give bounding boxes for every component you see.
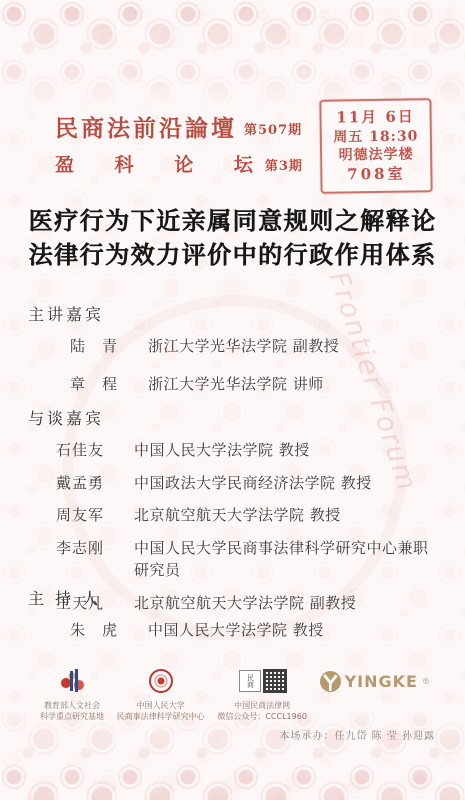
discussant-row: 李志刚 中国人民大学民商事法律科学研究中心兼职研究员 [56,537,438,582]
ruc-center-caption-line1: 中国人民大学 [117,701,205,712]
discussant-affiliation: 中国人民大学民商事法律科学研究中心兼职研究员 [134,537,434,582]
organizer-credit: 本场承办：任九岱 陈 莹 孙迎露 [279,727,435,742]
yingke-leaf-icon [320,671,341,692]
registered-trademark-icon: ® [422,677,430,686]
edu-base-caption-line1: 教育部人文社会 [40,701,104,712]
discussant-name: 李志刚 [56,537,118,560]
lecture-title-line1: 医疗行为下近亲属同意规则之解释论 [0,204,465,238]
moderator-row: 朱 虎 中国人民大学法学院 教授 [70,619,438,642]
moderator-section: 主 持 人 朱 虎 中国人民大学法学院 教授 [28,586,438,652]
discussant-row: 戴孟勇 中国政法大学民商经济法学院 教授 [56,472,438,495]
header: 民商法前沿論壇第507期 盈 科 论 坛第3期 [55,110,303,177]
qr-code-icon [264,670,286,692]
stamp-time: 周五 18:30 [326,127,426,147]
discussant-name: 戴孟勇 [56,472,118,495]
sub-forum-issue: 第3期 [265,159,303,174]
speakers-heading: 主讲嘉宾 [28,302,438,325]
speaker-name: 陆 青 [70,335,132,358]
civil-law-net-caption-line2: 微信公众号：CCCL1960 [217,712,307,723]
edu-base-caption-line2: 科学重点研究基地 [40,712,104,723]
speaker-row: 章 程 浙江大学光华法学院 讲师 [70,373,438,396]
stamp-room: 708室 [326,164,426,185]
ruc-center-caption-line2: 民商事法律科学研究中心 [117,712,205,723]
speaker-name: 章 程 [70,373,132,396]
ruc-center-logo: 中国人民大学 民商事法律科学研究中心 [117,664,205,723]
footer-logos: 教育部人文社会 科学重点研究基地 中国人民大学 民商事法律科学研究中心 民商 中… [40,664,430,723]
discussants-heading: 与谈嘉宾 [28,406,438,429]
discussant-affiliation: 中国人民大学法学院 教授 [134,439,310,462]
speaker-affiliation: 浙江大学光华法学院 副教授 [148,335,339,358]
lecture-title-line2: 法律行为效力评价中的行政作用体系 [0,238,465,272]
speakers-section: 主讲嘉宾 陆 青 浙江大学光华法学院 副教授 章 程 浙江大学光华法学院 讲师 [28,302,438,410]
forum-title-line: 民商法前沿論壇第507期 [55,110,303,143]
stamp-date: 11月 6日 [325,107,425,128]
lecture-title-block: 医疗行为下近亲属同意规则之解释论 法律行为效力评价中的行政作用体系 [0,204,465,272]
yingke-wordmark: YINGKE [345,672,418,691]
discussant-row: 石佳友 中国人民大学法学院 教授 [56,439,438,462]
damask-pattern-top-band [0,0,465,112]
edu-base-logo-icon [58,668,86,694]
forum-poster: Frontier Forum 民商法前沿論壇第507期 盈 科 论 坛第3期 1… [0,0,465,800]
civil-law-net-logo-icon: 民商 [239,670,261,692]
civil-law-net-caption-line1: 中国民商法律网 [217,701,307,712]
date-venue-stamp: 11月 6日 周五 18:30 明德法学楼 708室 [319,98,432,193]
stamp-building: 明德法学楼 [326,146,426,166]
discussant-affiliation: 北京航空航天大学法学院 教授 [134,504,341,527]
civil-law-net-logo: 民商 中国民商法律网 微信公众号：CCCL1960 [217,664,307,723]
ruc-center-seal-icon [149,669,173,693]
discussant-name: 周友军 [56,504,118,527]
sub-forum-title: 盈 科 论 坛 [55,154,263,176]
discussant-name: 石佳友 [56,439,118,462]
moderator-rows: 朱 虎 中国人民大学法学院 教授 [28,619,438,642]
forum-title: 民商法前沿論壇 [55,115,237,142]
moderator-heading: 主 持 人 [28,586,438,609]
discussant-affiliation: 中国政法大学民商经济法学院 教授 [134,472,372,495]
moderator-affiliation: 中国人民大学法学院 教授 [148,619,324,642]
speakers-rows: 陆 青 浙江大学光华法学院 副教授 章 程 浙江大学光华法学院 讲师 [28,335,438,395]
sub-forum-title-line: 盈 科 论 坛第3期 [55,150,303,177]
edu-base-logo: 教育部人文社会 科学重点研究基地 [40,664,104,723]
speaker-row: 陆 青 浙江大学光华法学院 副教授 [70,335,438,358]
speaker-affiliation: 浙江大学光华法学院 讲师 [148,373,324,396]
discussant-row: 周友军 北京航空航天大学法学院 教授 [56,504,438,527]
yingke-logo: YINGKE ® [320,664,430,701]
forum-issue: 第507期 [244,123,302,138]
moderator-name: 朱 虎 [70,619,132,642]
